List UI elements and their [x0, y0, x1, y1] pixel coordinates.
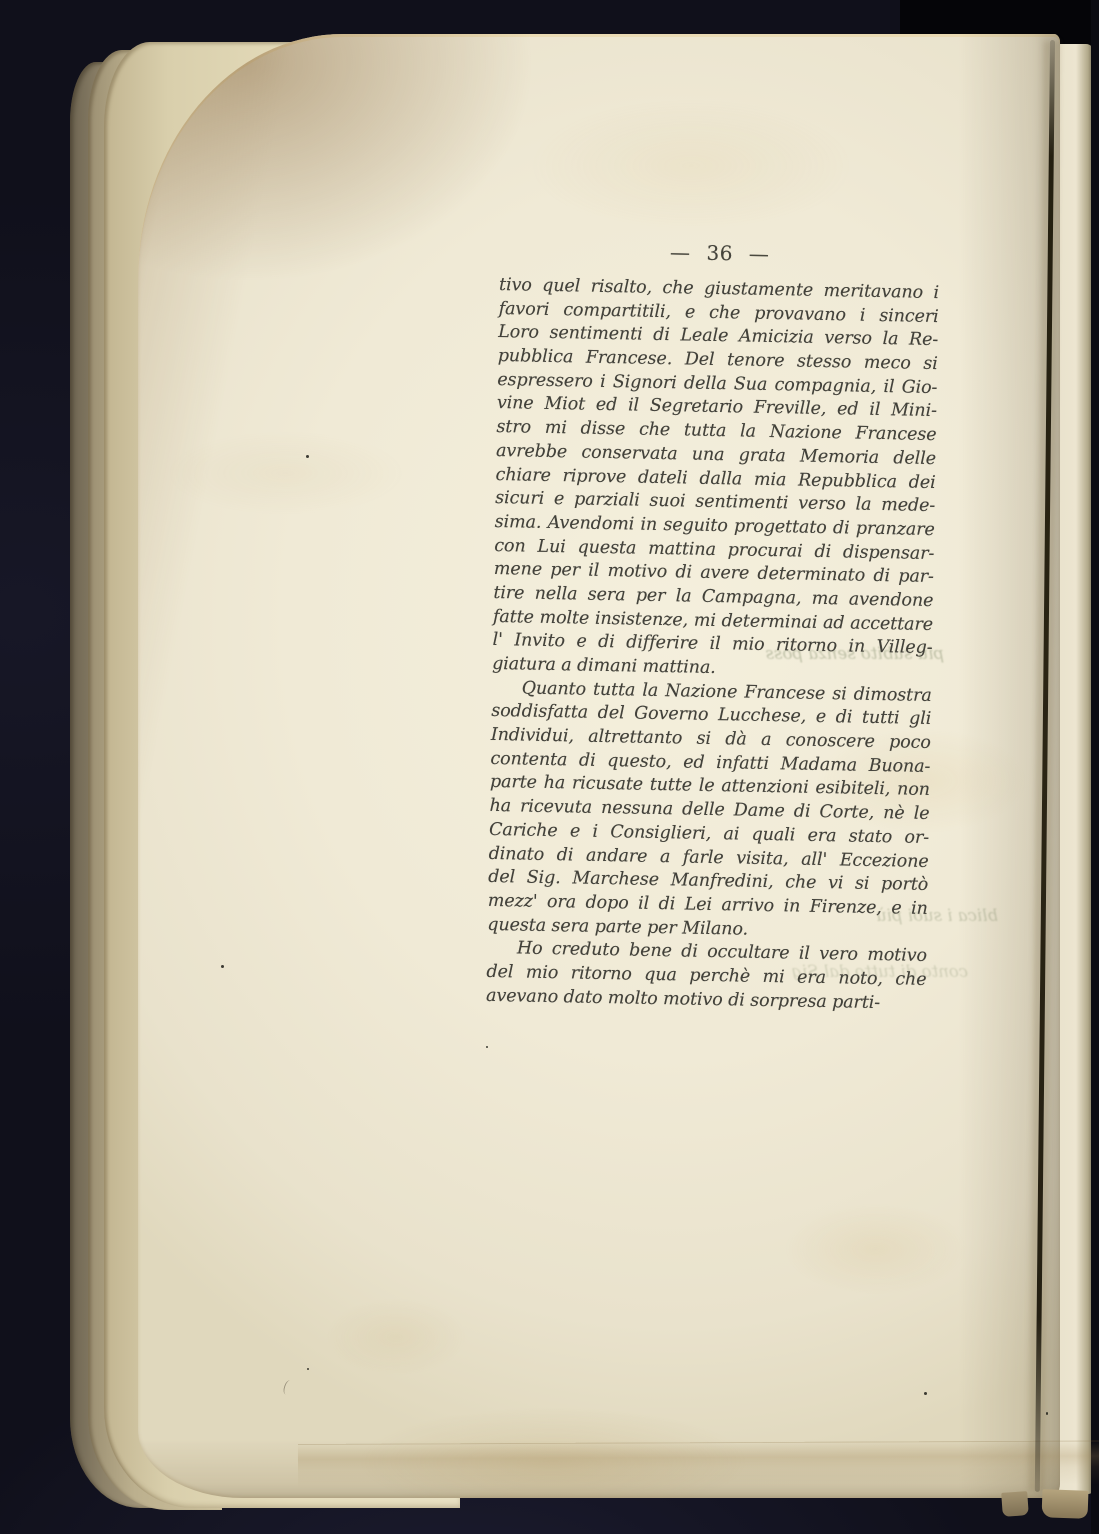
torn-edge-fragment: [1042, 1489, 1089, 1519]
ink-speck: [1046, 1412, 1048, 1415]
page-number: —36—: [499, 236, 939, 274]
book-page: più subito senza poss blica i suoi più c…: [138, 34, 1060, 1498]
torn-edge-fragment: [1001, 1491, 1029, 1517]
ink-speck: [924, 1392, 927, 1395]
ink-speck: [307, 1368, 309, 1370]
backdrop-right-strip: [1091, 0, 1099, 1534]
ink-speck: [221, 965, 224, 968]
page-number-value: 36: [706, 241, 733, 265]
book-photo: più subito senza poss blica i suoi più c…: [0, 0, 1099, 1534]
header-dash-left: —: [670, 240, 691, 264]
bottom-crease: [298, 1440, 1099, 1488]
text-lines: tivo quel risalto, che giustamente merit…: [486, 274, 939, 1016]
ink-speck: [306, 455, 309, 458]
header-dash-right: —: [749, 242, 770, 266]
ink-speck: [486, 1046, 488, 1048]
page-content: —36— tivo quel risalto, che giustamente …: [486, 236, 940, 1016]
